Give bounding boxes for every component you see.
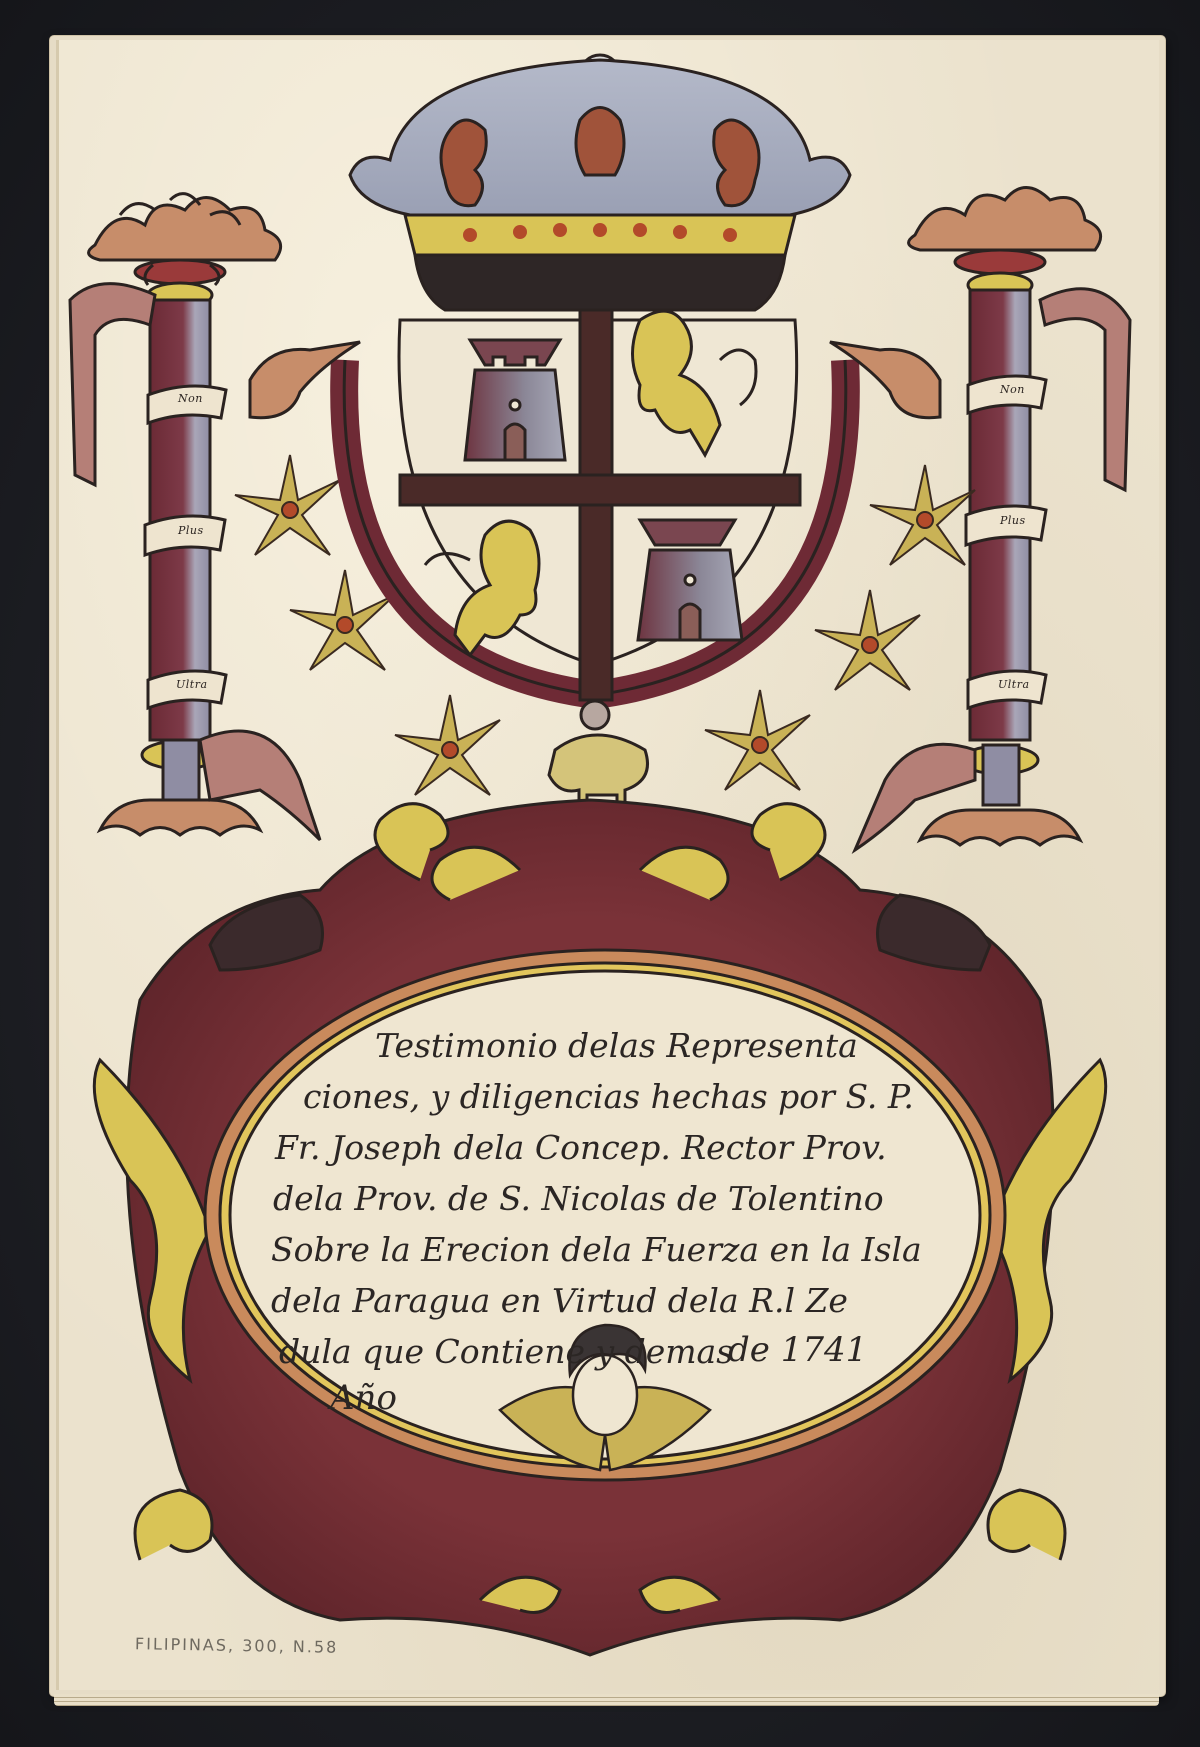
- title-line-6: dela Paragua en Virtud dela R.l Ze: [255, 1275, 955, 1326]
- crown: [350, 55, 850, 310]
- illumination: [0, 0, 1200, 1747]
- title-line-4: dela Prov. de S. Nicolas de Tolentino: [255, 1173, 955, 1224]
- manuscript-title: Testimonio delas Representa ciones, y di…: [255, 1020, 955, 1377]
- archive-reference-label: FILIPINAS, 300, N.58: [135, 1634, 339, 1657]
- left-ribbon-ultra: Ultra: [176, 678, 208, 691]
- title-line-2: ciones, y diligencias hechas por S. P.: [255, 1071, 955, 1122]
- right-ribbon-plus: Plus: [1000, 514, 1026, 527]
- title-line-3: Fr. Joseph dela Concep. Rector Prov.: [255, 1122, 955, 1173]
- left-ribbon-plus: Plus: [178, 524, 204, 537]
- left-ribbon-non: Non: [178, 392, 203, 405]
- year-label-right: de 1741: [728, 1330, 867, 1370]
- title-line-5: Sobre la Erecion dela Fuerza en la Isla: [255, 1224, 955, 1275]
- right-column: [855, 188, 1130, 851]
- right-ribbon-non: Non: [1000, 383, 1025, 396]
- shield: [250, 290, 940, 815]
- right-ribbon-ultra: Ultra: [998, 678, 1030, 691]
- year-label-left: Año: [330, 1378, 397, 1418]
- title-line-1: Testimonio delas Representa: [255, 1020, 955, 1071]
